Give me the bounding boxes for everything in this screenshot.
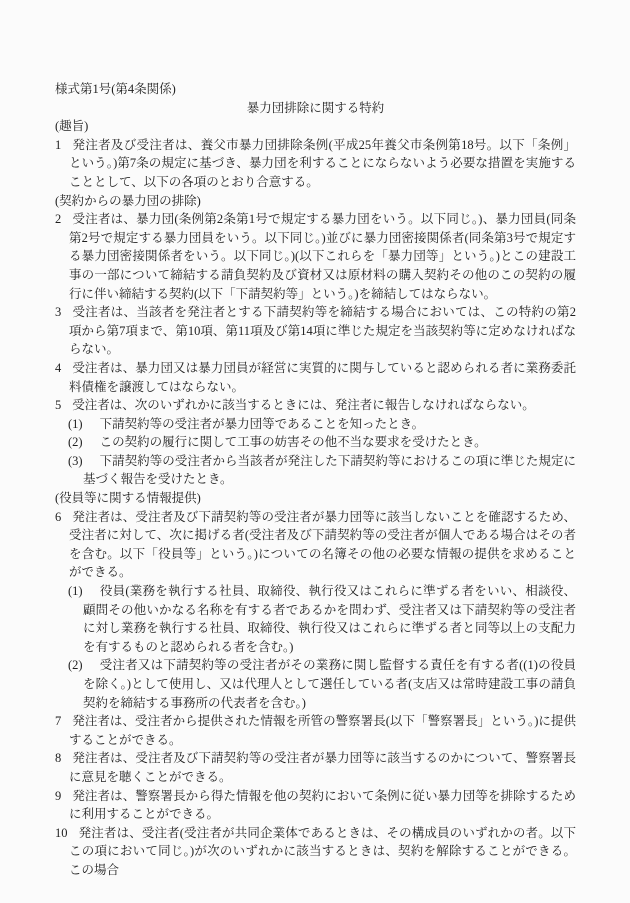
clause-text: 発注者は、受注者(受注者が共同企業体であるときは、その構成員のいずれかの者。以下…: [69, 826, 576, 877]
clause-paragraph: 3受注者は、当該者を発注者とする下請契約等を締結する場合においては、この特約の第…: [55, 303, 576, 359]
clause-text: 役員(業務を執行する社員、取締役、執行役又はこれらに準ずる者をいい、相談役、顧問…: [83, 584, 576, 654]
clause-number: 3: [55, 305, 61, 319]
clause-number: 10: [55, 826, 68, 840]
clause-subparagraph: (2)受注者又は下請契約等の受注者がその業務に関し監督する責任を有する者((1)…: [55, 656, 576, 712]
clause-subparagraph: (1)役員(業務を執行する社員、取締役、執行役又はこれらに準ずる者をいい、相談役…: [55, 582, 576, 656]
section-heading: (役員等に関する情報提供): [55, 489, 576, 508]
clause-subparagraph: (2)この契約の履行に関して工事の妨害その他不当な要求を受けたとき。: [55, 433, 576, 452]
clause-text: 下請契約等の受注者から当該者が発注した下請契約等におけるこの項に準じた規定に基づ…: [83, 454, 576, 487]
document-body: (趣旨)1発注者及び受注者は、養父市暴力団排除条例(平成25年養父市条例第18号…: [55, 117, 576, 879]
document-page: 様式第1号(第4条関係) 暴力団排除に関する特約 (趣旨)1発注者及び受注者は、…: [0, 0, 630, 903]
clause-number: 9: [55, 789, 61, 803]
clause-text: 受注者は、暴力団(条例第2条第1号で規定する暴力団をいう。以下同じ。)、暴力団員…: [69, 212, 576, 300]
clause-number: 4: [55, 361, 61, 375]
clause-number: 6: [55, 510, 61, 524]
clause-text: 発注者は、受注者及び下請契約等の受注者が暴力団等に該当しないことを確認するため、…: [69, 510, 576, 580]
clause-text: 下請契約等の受注者が暴力団等であることを知ったとき。: [100, 417, 425, 431]
section-heading: (契約からの暴力団の排除): [55, 192, 576, 211]
clause-number: (1): [68, 417, 83, 431]
clause-paragraph: 4受注者は、暴力団又は暴力団員が経営に実質的に関与していると認められる者に業務委…: [55, 359, 576, 396]
clause-text: 発注者は、受注者から提供された情報を所管の警察署長(以下「警察署長」という。)に…: [69, 714, 576, 747]
clause-text: 受注者は、暴力団又は暴力団員が経営に実質的に関与していると認められる者に業務委託…: [69, 361, 576, 394]
clause-text: 発注者及び受注者は、養父市暴力団排除条例(平成25年養父市条例第18号。以下「条…: [69, 138, 576, 189]
clause-paragraph: 9発注者は、警察署長から得た情報を他の契約において条例に従い暴力団等を排除するた…: [55, 787, 576, 824]
section-heading: (趣旨): [55, 117, 576, 136]
clause-text: この契約の履行に関して工事の妨害その他不当な要求を受けたとき。: [100, 435, 487, 449]
clause-number: 8: [55, 751, 61, 765]
clause-paragraph: 5受注者は、次のいずれかに該当するときには、発注者に報告しなければならない。: [55, 396, 576, 415]
clause-subparagraph: (3)下請契約等の受注者から当該者が発注した下請契約等におけるこの項に準じた規定…: [55, 452, 576, 489]
document-title: 暴力団排除に関する特約: [55, 99, 576, 118]
form-number-label: 様式第1号(第4条関係): [55, 80, 576, 99]
clause-text: 受注者は、当該者を発注者とする下請契約等を締結する場合においては、この特約の第2…: [69, 305, 576, 356]
clause-number: 1: [55, 138, 61, 152]
clause-number: 5: [55, 398, 61, 412]
clause-paragraph: 7発注者は、受注者から提供された情報を所管の警察署長(以下「警察署長」という。)…: [55, 712, 576, 749]
clause-text: 受注者又は下請契約等の受注者がその業務に関し監督する責任を有する者((1)の役員…: [83, 658, 576, 709]
clause-number: (3): [68, 454, 83, 468]
clause-number: 2: [55, 212, 61, 226]
clause-paragraph: 8発注者は、受注者及び下請契約等の受注者が暴力団等に該当するのかについて、警察署…: [55, 749, 576, 786]
clause-text: 発注者は、受注者及び下請契約等の受注者が暴力団等に該当するのかについて、警察署長…: [69, 751, 576, 784]
clause-paragraph: 1発注者及び受注者は、養父市暴力団排除条例(平成25年養父市条例第18号。以下「…: [55, 136, 576, 192]
clause-number: (2): [68, 435, 83, 449]
clause-number: 7: [55, 714, 61, 728]
clause-number: (2): [68, 658, 83, 672]
clause-number: (1): [68, 584, 83, 598]
clause-text: 受注者は、次のいずれかに該当するときには、発注者に報告しなければならない。: [72, 398, 535, 412]
clause-paragraph: 10発注者は、受注者(受注者が共同企業体であるときは、その構成員のいずれかの者。…: [55, 824, 576, 880]
clause-text: 発注者は、警察署長から得た情報を他の契約において条例に従い暴力団等を排除するため…: [69, 789, 576, 822]
clause-paragraph: 2受注者は、暴力団(条例第2条第1号で規定する暴力団をいう。以下同じ。)、暴力団…: [55, 210, 576, 303]
clause-subparagraph: (1)下請契約等の受注者が暴力団等であることを知ったとき。: [55, 415, 576, 434]
clause-paragraph: 6発注者は、受注者及び下請契約等の受注者が暴力団等に該当しないことを確認するため…: [55, 508, 576, 582]
